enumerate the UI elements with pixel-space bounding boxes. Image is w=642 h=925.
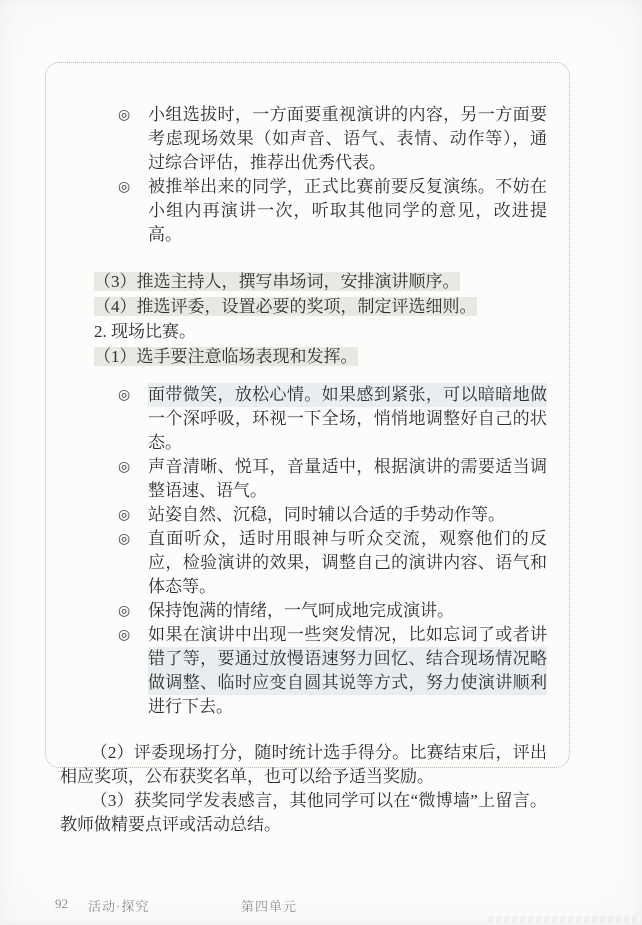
tip-item: ◎ 如果在演讲中出现一些突发情况，比如忘词了或者讲错了等，要通过放慢语速努力回忆…	[118, 623, 547, 719]
tip-item: ◎ 直面听众，适时用眼神与听众交流，观察他们的反应，检验演讲的效果，调整自己的演…	[118, 527, 547, 599]
tip-text: 声音清晰、悦耳，音量适中，根据演讲的需要适当调整语速、语气。	[148, 455, 547, 503]
tip-text: 如果在演讲中出现一些突发情况，比如忘词了或者讲错了等，要通过放慢语速努力回忆、结…	[148, 623, 547, 719]
tip-text: 被推举出来的同学，正式比赛前要反复演练。不妨在小组内再演讲一次，听取其他同学的意…	[148, 175, 547, 247]
tip-text: 直面听众，适时用眼神与听众交流，观察他们的反应，检验演讲的效果，调整自己的演讲内…	[148, 527, 547, 599]
on-stage-performance-tips-list: ◎ 面带微笑，放松心情。如果感到紧张，可以暗暗地做一个深呼吸，环视一下全场，悄悄…	[60, 383, 547, 719]
step-text: （4）推选评委，设置必要的奖项，制定评选细则。	[94, 297, 477, 316]
bullseye-bullet-icon: ◎	[118, 503, 148, 527]
bullseye-bullet-icon: ◎	[118, 175, 148, 247]
tip-text: 小组选拔时，一方面要重视演讲的内容，另一方面要考虑现场效果（如声音、语气、表情、…	[148, 103, 547, 175]
activity-steps-box: ◎ 小组选拔时，一方面要重视演讲的内容，另一方面要考虑现场效果（如声音、语气、表…	[45, 62, 570, 768]
step-line: 2. 现场比赛。	[60, 319, 547, 344]
tip-text: 面带微笑，放松心情。如果感到紧张，可以暗暗地做一个深呼吸，环视一下全场，悄悄地调…	[148, 383, 547, 455]
step-line: （4）推选评委，设置必要的奖项，制定评选细则。	[60, 294, 547, 319]
closing-paragraph: （2）评委现场打分，随时统计选手得分。比赛结束后，评出相应奖项，公布获奖名单，也…	[60, 741, 547, 789]
bullseye-bullet-icon: ◎	[118, 103, 148, 175]
faint-watermark	[488, 916, 640, 923]
tip-item: ◎ 保持饱满的情绪，一气呵成地完成演讲。	[118, 599, 547, 623]
step-text: （1）选手要注意临场表现和发挥。	[94, 347, 358, 366]
step-line: （3）推选主持人，撰写串场词，安排演讲顺序。	[60, 269, 547, 294]
textbook-page: ◎ 小组选拔时，一方面要重视演讲的内容，另一方面要考虑现场效果（如声音、语气、表…	[0, 0, 642, 925]
bullseye-bullet-icon: ◎	[118, 383, 148, 455]
bullseye-bullet-icon: ◎	[118, 527, 148, 599]
closing-paragraph: （3）获奖同学发表感言，其他同学可以在“微博墙”上留言。教师做精要点评或活动总结…	[60, 789, 547, 837]
closing-paragraphs: （2）评委现场打分，随时统计选手得分。比赛结束后，评出相应奖项，公布获奖名单，也…	[60, 741, 547, 837]
bullseye-bullet-icon: ◎	[118, 599, 148, 623]
step-text: （3）推选主持人，撰写串场词，安排演讲顺序。	[94, 272, 460, 291]
tip-item: ◎ 面带微笑，放松心情。如果感到紧张，可以暗暗地做一个深呼吸，环视一下全场，悄悄…	[118, 383, 547, 455]
group-selection-tips-list: ◎ 小组选拔时，一方面要重视演讲的内容，另一方面要考虑现场效果（如声音、语气、表…	[60, 103, 547, 247]
bullseye-bullet-icon: ◎	[118, 455, 148, 503]
step-text: 2. 现场比赛。	[94, 322, 196, 341]
tip-text: 站姿自然、沉稳，同时辅以合适的手势动作等。	[148, 503, 547, 527]
unit-label: 第四单元	[241, 896, 297, 915]
book-series-title: 活动·探究	[88, 896, 149, 915]
page-number: 92	[55, 896, 68, 912]
tip-item: ◎ 站姿自然、沉稳，同时辅以合适的手势动作等。	[118, 503, 547, 527]
tip-text: 保持饱满的情绪，一气呵成地完成演讲。	[148, 599, 547, 623]
bullseye-bullet-icon: ◎	[118, 623, 148, 719]
tip-item: ◎ 声音清晰、悦耳，音量适中，根据演讲的需要适当调整语速、语气。	[118, 455, 547, 503]
procedure-steps: （3）推选主持人，撰写串场词，安排演讲顺序。 （4）推选评委，设置必要的奖项，制…	[60, 269, 547, 369]
step-line: （1）选手要注意临场表现和发挥。	[60, 344, 547, 369]
page-footer: 92 活动·探究 第四单元	[0, 896, 642, 916]
tip-item: ◎ 小组选拔时，一方面要重视演讲的内容，另一方面要考虑现场效果（如声音、语气、表…	[118, 103, 547, 175]
tip-item: ◎ 被推举出来的同学，正式比赛前要反复演练。不妨在小组内再演讲一次，听取其他同学…	[118, 175, 547, 247]
